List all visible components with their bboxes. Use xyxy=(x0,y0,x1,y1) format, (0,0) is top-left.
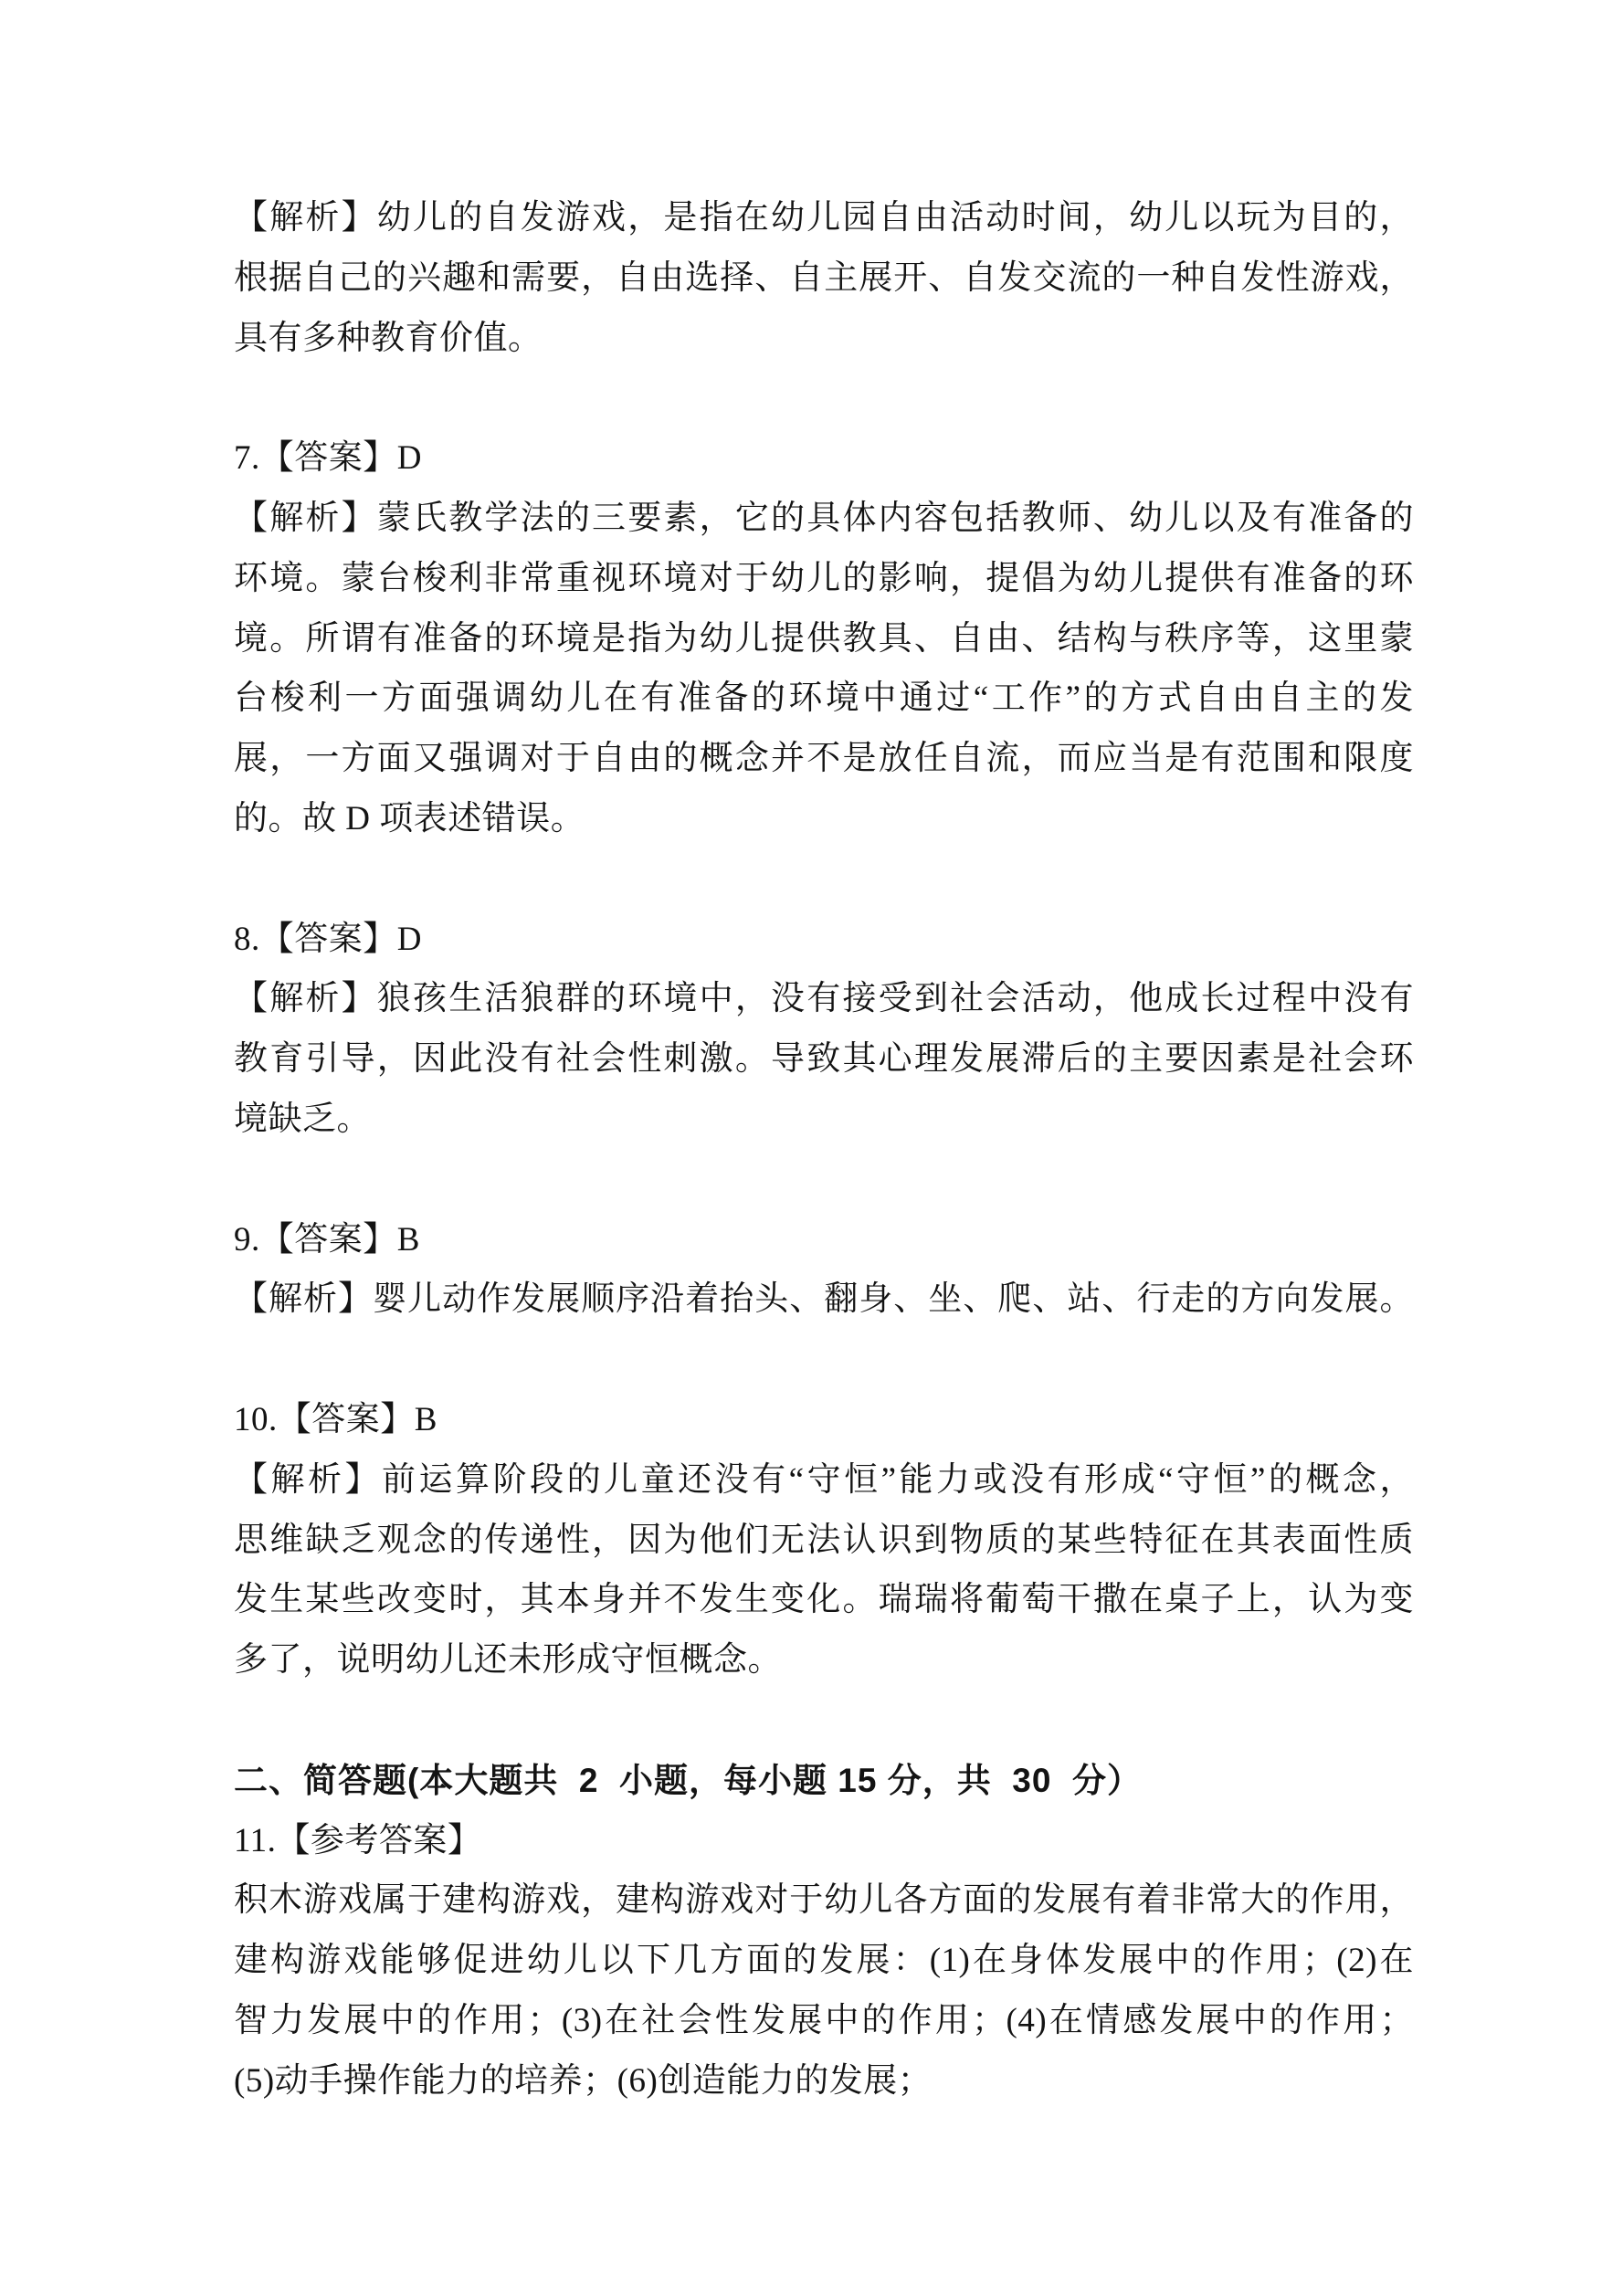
q10-answer-line: 10.【答案】B xyxy=(234,1390,1414,1450)
text-line: (5)动手操作能力的培养；(6)创造能力的发展； xyxy=(234,2051,1414,2112)
text-line: 【解析】蒙氏教学法的三要素，它的具体内容包括教师、幼儿以及有准备的 xyxy=(234,489,1414,549)
text-line: 智力发展中的作用；(3)在社会性发展中的作用；(4)在情感发展中的作用； xyxy=(234,1991,1414,2051)
text-line: 【解析】狼孩生活狼群的环境中，没有接受到社会活动，他成长过程中没有 xyxy=(234,969,1414,1029)
text-line: 境。所谓有准备的环境是指为幼儿提供教具、自由、结构与秩序等，这里蒙 xyxy=(234,609,1414,669)
document-page: 【解析】幼儿的自发游戏，是指在幼儿园自由活动时间，幼儿以玩为目的， 根据自己的兴… xyxy=(234,188,1414,2112)
q8-answer-line: 8.【答案】D xyxy=(234,910,1414,970)
q7-answer-block: 7.【答案】D 【解析】蒙氏教学法的三要素，它的具体内容包括教师、幼儿以及有准备… xyxy=(234,428,1414,849)
q9-answer-block: 9.【答案】B 【解析】婴儿动作发展顺序沿着抬头、翻身、坐、爬、站、行走的方向发… xyxy=(234,1210,1414,1331)
text-line: 多了，说明幼儿还未形成守恒概念。 xyxy=(234,1630,1414,1690)
text-line: 【解析】幼儿的自发游戏，是指在幼儿园自由活动时间，幼儿以玩为目的， xyxy=(234,188,1414,248)
text-line: 的。故 D 项表述错误。 xyxy=(234,789,1414,849)
text-line: 具有多种教育价值。 xyxy=(234,309,1414,369)
q9-answer-line: 9.【答案】B xyxy=(234,1210,1414,1270)
q11-label: 11.【参考答案】 xyxy=(234,1811,1414,1871)
text-line: 发生某些改变时，其本身并不发生变化。瑞瑞将葡萄干撒在桌子上，认为变 xyxy=(234,1570,1414,1630)
text-line: 台梭利一方面强调幼儿在有准备的环境中通过“工作”的方式自由自主的发 xyxy=(234,669,1414,729)
q7-answer-line: 7.【答案】D xyxy=(234,428,1414,489)
section2-heading: 二、简答题(本大题共 2 小题，每小题 15 分，共 30 分） xyxy=(234,1751,1414,1811)
q6-analysis-paragraph: 【解析】幼儿的自发游戏，是指在幼儿园自由活动时间，幼儿以玩为目的， 根据自己的兴… xyxy=(234,188,1414,368)
text-line: 境缺乏。 xyxy=(234,1090,1414,1150)
text-line: 【解析】婴儿动作发展顺序沿着抬头、翻身、坐、爬、站、行走的方向发展。 xyxy=(234,1269,1414,1330)
q10-answer-block: 10.【答案】B 【解析】前运算阶段的儿童还没有“守恒”能力或没有形成“守恒”的… xyxy=(234,1390,1414,1690)
text-line: 积木游戏属于建构游戏，建构游戏对于幼儿各方面的发展有着非常大的作用， xyxy=(234,1870,1414,1931)
text-line: 【解析】前运算阶段的儿童还没有“守恒”能力或没有形成“守恒”的概念， xyxy=(234,1450,1414,1511)
section2-block: 二、简答题(本大题共 2 小题，每小题 15 分，共 30 分） 11.【参考答… xyxy=(234,1751,1414,2112)
text-line: 展，一方面又强调对于自由的概念并不是放任自流，而应当是有范围和限度 xyxy=(234,729,1414,789)
text-line: 环境。蒙台梭利非常重视环境对于幼儿的影响，提倡为幼儿提供有准备的环 xyxy=(234,549,1414,609)
text-line: 建构游戏能够促进幼儿以下几方面的发展：(1)在身体发展中的作用；(2)在 xyxy=(234,1931,1414,1991)
text-line: 教育引导，因此没有社会性刺激。导致其心理发展滞后的主要因素是社会环 xyxy=(234,1029,1414,1090)
q8-answer-block: 8.【答案】D 【解析】狼孩生活狼群的环境中，没有接受到社会活动，他成长过程中没… xyxy=(234,910,1414,1150)
text-line: 根据自己的兴趣和需要，自由选择、自主展开、自发交流的一种自发性游戏， xyxy=(234,248,1414,309)
text-line: 思维缺乏观念的传递性，因为他们无法认识到物质的某些特征在其表面性质 xyxy=(234,1511,1414,1571)
